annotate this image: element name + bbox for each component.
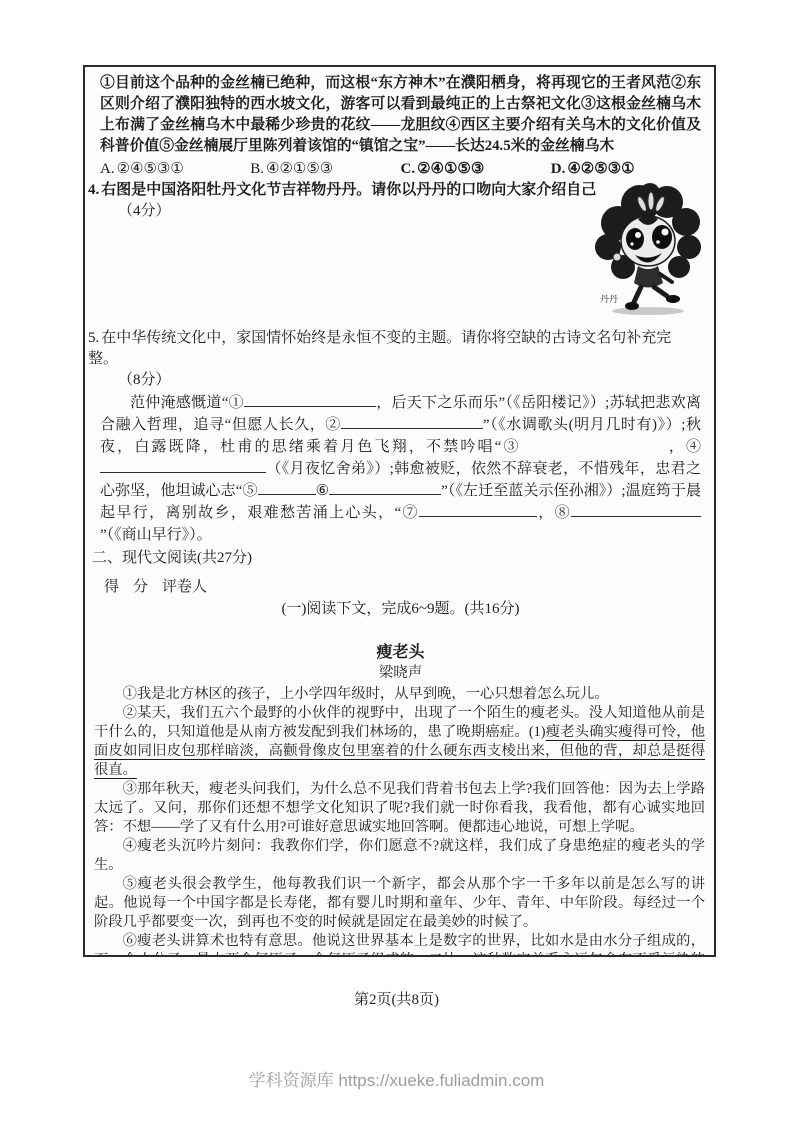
passage-body: ①我是北方林区的孩子，上小学四年级时，从早到晚，一心只想着怎么玩儿。 ②某天，我… xyxy=(100,685,701,957)
q4-stem-text: 右图是中国洛阳牡丹文化节吉祥物丹丹。请你以丹丹的口吻向大家介绍自己 xyxy=(101,182,596,198)
mascot-dandan-illustration: 丹丹 xyxy=(588,175,704,317)
q5-blank-4 xyxy=(100,459,266,473)
q5-blank-5 xyxy=(258,481,316,495)
q3-option-a-label: A. xyxy=(100,161,115,177)
q3-option-b: B.④②①⑤③ xyxy=(250,158,400,180)
q5-number: 5. xyxy=(88,330,99,346)
mascot-ground-shadow xyxy=(612,307,684,315)
mascot-caption: 丹丹 xyxy=(600,294,618,304)
q3-option-c-value: ②④①⑤③ xyxy=(417,161,484,177)
passage-title: 瘦老头 xyxy=(100,642,701,664)
q3-stem-text: ①目前这个品种的金丝楠已绝种，而这根“东方神木”在濮阳栖身，将再现它的王者风范②… xyxy=(100,73,701,157)
score-label-pingjuanren: 评卷人 xyxy=(162,579,207,595)
q5-poem-seg1: 范仲淹感慨道“① xyxy=(130,395,244,411)
q3-option-a: A.②④⑤③① xyxy=(100,158,250,180)
q5-poem-seg8: ，⑧ xyxy=(537,505,571,521)
passage-paragraph-5: ⑤瘦老头很会教学生，他每教我们识一个新字，都会从那个字一千多年以前是怎么写的讲起… xyxy=(94,875,705,932)
q3-option-c-label: C. xyxy=(401,161,416,177)
score-label-de: 得 xyxy=(104,579,119,595)
q5-stem-text: 在中华传统文化中，家国情怀始终是永恒不变的主题。请你将空缺的古诗文名句补充完整。 xyxy=(88,330,671,367)
q3-option-a-value: ②④⑤③① xyxy=(117,161,184,177)
q5-blank-2 xyxy=(341,415,483,429)
page-number-footer: 第2页(共8页) xyxy=(0,988,793,1009)
q5-poem-seg4: ，④ xyxy=(667,439,701,455)
section2-heading: 二、现代文阅读(共27分) xyxy=(92,548,701,569)
q5-blank-7 xyxy=(419,503,537,517)
passage-paragraph-6: ⑥瘦老头讲算术也特有意思。他说这世界基本上是数字的世界，比如水是由水分子组成的，… xyxy=(94,932,705,957)
q5-poem-seg9: ”（《商山早行》）。 xyxy=(100,527,212,543)
watermark-text: 学科资源库 https://xueke.fuliadmin.com xyxy=(0,1066,793,1091)
p2-marker: (1) xyxy=(529,724,546,740)
score-label-fen: 分 xyxy=(133,579,148,595)
q4-number: 4. xyxy=(88,182,99,198)
q5-poem: 范仲淹感慨道“①，后天下之乐而乐”（《岳阳楼记》）;苏轼把悲欢离合融入哲理，追寻… xyxy=(100,392,701,546)
passage-author: 梁晓声 xyxy=(100,664,701,682)
q5-poem-seg6: ⑥ xyxy=(316,483,330,499)
q3-option-b-label: B. xyxy=(250,161,264,177)
passage-paragraph-2: ②某天，我们五六个最野的小伙伴的视野中，出现了一个陌生的瘦老头。没人知道他从前是… xyxy=(94,704,705,780)
q5-blank-3 xyxy=(521,437,667,451)
passage-paragraph-4: ④瘦老头沉吟片刻问：我教你们学，你们愿意不?就这样，我们成了身患绝症的瘦老头的学… xyxy=(94,837,705,875)
q5-blank-8 xyxy=(571,503,701,517)
q3-option-d-label: D. xyxy=(551,161,566,177)
exam-content-box: ①目前这个品种的金丝楠已绝种，而这根“东方神木”在濮阳栖身，将再现它的王者风范②… xyxy=(83,65,716,957)
q5-blank-1 xyxy=(244,393,376,407)
q5-stem-row: 5.在中华传统文化中，家国情怀始终是永恒不变的主题。请你将空缺的古诗文名句补充完… xyxy=(88,328,701,370)
score-box-labels: 得分评卷人 xyxy=(104,577,701,598)
q3-option-b-value: ④②①⑤③ xyxy=(266,161,333,177)
q5-score: （8分） xyxy=(118,370,701,391)
passage-paragraph-1: ①我是北方林区的孩子，上小学四年级时，从早到晚，一心只想着怎么玩儿。 xyxy=(94,685,705,704)
passage-paragraph-3: ③那年秋天，瘦老头问我们，为什么总不见我们背着书包去上学?我们回答他：因为去上学… xyxy=(94,780,705,837)
reading-instruction: (一)阅读下文，完成6~9题。(共16分) xyxy=(100,598,701,620)
q3-option-c: C.②④①⑤③ xyxy=(401,158,551,180)
q5-blank-6 xyxy=(329,481,441,495)
